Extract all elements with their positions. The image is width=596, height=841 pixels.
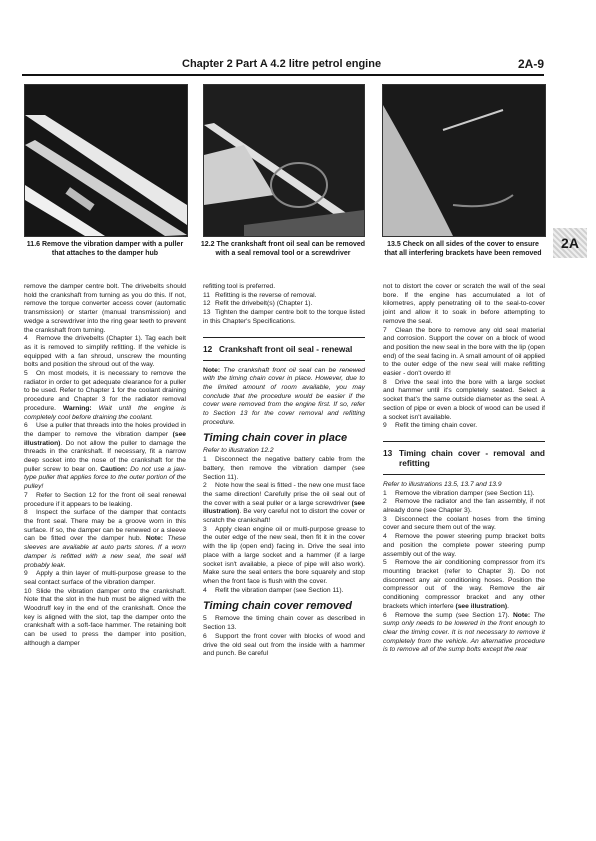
step-4: 4Refit the vibration damper (see Section… [203,587,365,596]
step-8: 8Drive the seal into the bore with a lar… [383,379,545,423]
subheading-cover-in-place: Timing chain cover in place [203,432,365,445]
page-header: Chapter 2 Part A 4.2 litre petrol engine… [22,56,544,76]
subheading-cover-removed: Timing chain cover removed [203,600,365,613]
caution-label: Caution: [100,466,127,473]
section-13-heading: 13 Timing chain cover - removal and refi… [383,441,545,475]
paragraph: remove the damper centre bolt. The drive… [24,283,186,335]
column-3: not to distort the cover or scratch the … [383,283,545,655]
chapter-title: Chapter 2 Part A 4.2 litre petrol engine [182,58,381,70]
figure-caption-11-6: 11.6 Remove the vibration damper with a … [22,240,188,258]
column-2: refitting tool is preferred. 11Refitting… [203,283,365,659]
figure-photo-12-2 [203,84,365,237]
step-5: 5On most models, it is necessary to remo… [24,370,186,422]
step-2: 2Remove the radiator and the fan assembl… [383,498,545,515]
paragraph: refitting tool is preferred. [203,283,365,292]
step-7: 7Refer to Section 12 for the front oil s… [24,492,186,509]
section-12-heading: 12 Crankshaft front oil seal - renewal [203,337,365,361]
step-13: 13Tighten the damper centre bolt to the … [203,309,365,326]
illustration-ref: (see illustration) [455,603,507,610]
illustration-reference: Refer to illustrations 13.5, 13.7 and 13… [383,481,545,490]
warning-label: Warning: [63,405,92,412]
step-5: 5Remove the timing chain cover as descri… [203,615,365,632]
figure-photo-13-5 [382,84,546,237]
step-4: 4Remove the power steering pump bracket … [383,533,545,559]
step-1: 1Disconnect the negative battery cable f… [203,456,365,482]
paragraph: not to distort the cover or scratch the … [383,283,545,327]
step-3: 3Disconnect the coolant hoses from the t… [383,516,545,533]
step-7: 7Clean the bore to remove any old seal m… [383,327,545,379]
step-9: 9Refit the timing chain cover. [383,422,545,431]
step-8: 8Inspect the surface of the damper that … [24,509,186,570]
step-3: 3Apply clean engine oil or multi-purpose… [203,526,365,587]
step-6: 6Support the front cover with blocks of … [203,633,365,659]
step-11: 11Refitting is the reverse of removal. [203,292,365,301]
step-5: 5Remove the air conditioning compressor … [383,559,545,611]
column-1: remove the damper centre bolt. The drive… [24,283,186,649]
step-12: 12Refit the drivebelt(s) (Chapter 1). [203,300,365,309]
step-2: 2Note how the seal is fitted - the new o… [203,482,365,526]
step-6: 6Remove the sump (see Section 17). Note:… [383,612,545,656]
note-label: Note: [513,612,530,619]
note-label: Note: [146,535,163,542]
figure-caption-13-5: 13.5 Check on all sides of the cover to … [380,240,546,258]
step-10: 10Slide the vibration damper onto the cr… [24,588,186,649]
step-1: 1Remove the vibration damper (see Sectio… [383,490,545,499]
figure-caption-12-2: 12.2 The crankshaft front oil seal can b… [200,240,366,258]
step-4: 4Remove the drivebelts (Chapter 1). Tag … [24,335,186,370]
figure-photo-11-6 [24,84,188,237]
chapter-tab-2a: 2A [553,228,587,258]
illustration-reference: Refer to illustration 12.2 [203,447,365,456]
section-note: Note: The crankshaft front oil seal can … [203,367,365,428]
page-number: 2A-9 [518,57,544,71]
step-6: 6Use a puller that threads into the hole… [24,422,186,492]
step-9: 9Apply a thin layer of multi-purpose gre… [24,570,186,587]
